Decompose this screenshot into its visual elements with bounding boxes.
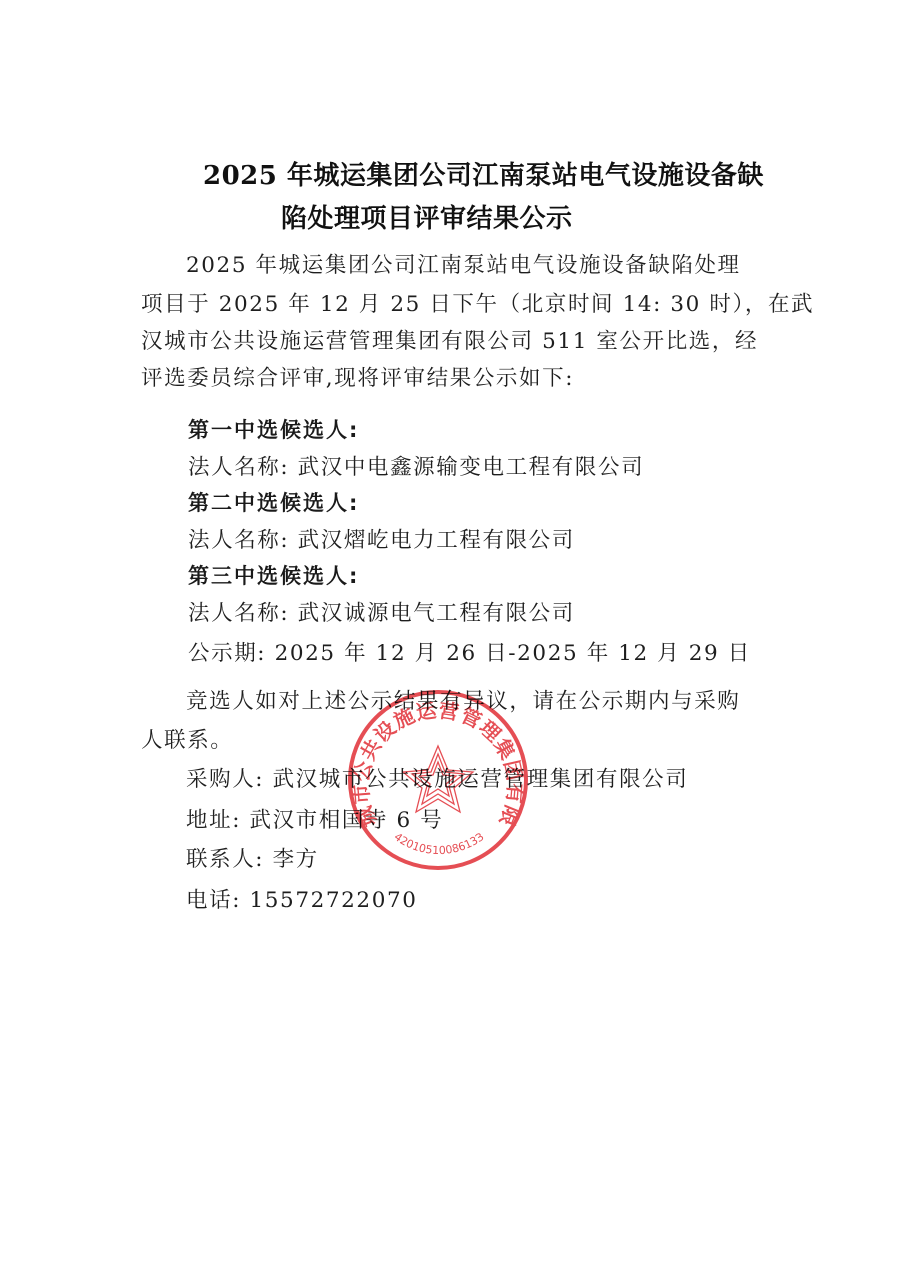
title-line-1: 2025 年城运集团公司江南泵站电气设施设备缺 xyxy=(203,155,764,192)
seal-code: 4201051008613З xyxy=(392,830,487,857)
intro-line-4: 评选委员综合评审,现将评审结果公示如下: xyxy=(141,361,574,392)
candidate-1-label: 第一中选候选人: xyxy=(188,414,359,444)
candidate-3-name: 法人名称: 武汉诚源电气工程有限公司 xyxy=(188,596,575,627)
svg-text:4201051008613З: 4201051008613З xyxy=(392,830,487,857)
contact-person: 联系人: 李方 xyxy=(186,842,319,873)
intro-line-1: 2025 年城运集团公司江南泵站电气设施设备缺陷处理 xyxy=(186,248,741,279)
phone: 电话: 15572722070 xyxy=(186,883,418,914)
title-line-2: 陷处理项目评审结果公示 xyxy=(281,198,573,235)
candidate-1-name: 法人名称: 武汉中电鑫源输变电工程有限公司 xyxy=(188,450,644,481)
publicity-period: 公示期: 2025 年 12 月 26 日-2025 年 12 月 29 日 xyxy=(188,636,751,667)
objection-line-2: 人联系。 xyxy=(141,723,233,754)
star-icon xyxy=(403,746,473,812)
candidate-2-label: 第二中选候选人: xyxy=(188,487,359,517)
candidate-3-label: 第三中选候选人: xyxy=(188,560,359,590)
company-seal-stamp: 武汉城市公共设施运营管理集团有限公司 4201051008613З xyxy=(345,688,531,872)
candidate-2-name: 法人名称: 武汉熠屹电力工程有限公司 xyxy=(188,523,575,554)
intro-line-2: 项目于 2025 年 12 月 25 日下午（北京时间 14: 30 时），在武 xyxy=(141,287,814,318)
intro-line-3: 汉城市公共设施运营管理集团有限公司 511 室公开比选，经 xyxy=(141,324,758,355)
